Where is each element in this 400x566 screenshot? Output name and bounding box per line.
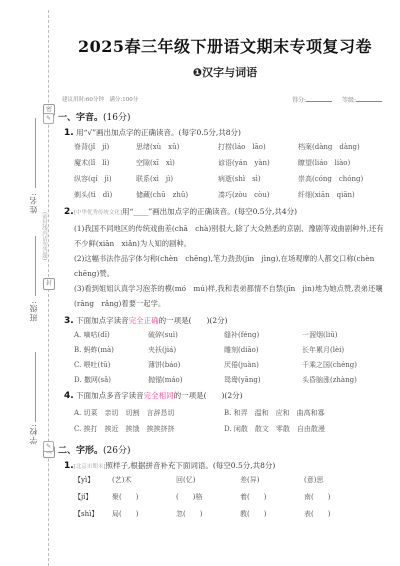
pinyin-item[interactable]: 崇高(cóng chóng) <box>298 174 388 184</box>
option-item: 一溜烟(liū) <box>302 330 392 340</box>
fill-blank[interactable]: 着( ) <box>240 492 304 502</box>
school-line[interactable] <box>35 352 36 422</box>
question-number: 2. <box>64 207 74 217</box>
seal-mark-icon: 封 <box>43 278 55 290</box>
section-icon: ✎ <box>43 113 54 124</box>
fill-blank[interactable]: 教( ) <box>240 509 304 519</box>
fill-item: 回(忆) <box>176 475 240 485</box>
option-b[interactable]: B. 和弄 温和 应和 曲高和寡 <box>224 405 325 421</box>
school-label: 学校: <box>28 423 39 445</box>
section-heading: 一、字音。(16分) <box>58 110 390 123</box>
score-area: 得分: 等级: <box>292 95 382 104</box>
class-label: 班级: <box>28 300 39 322</box>
pinyin-item[interactable]: 病逝(shì sì) <box>218 174 298 184</box>
option-item: 头昏脑涨(zhàng) <box>302 375 392 385</box>
option-d[interactable]: D. 撒网(sǎ) <box>74 375 148 385</box>
pinyin-key: 【jí】 <box>74 492 112 502</box>
exam-meta: 建议用时:60分钟 满分:100分 <box>62 95 138 103</box>
fill-blank[interactable]: 聚( ) <box>112 492 176 502</box>
fill-blank[interactable]: 南( ) <box>304 492 364 502</box>
name-label: 姓名: <box>28 192 39 214</box>
pinyin-item[interactable]: 剃头(tì dì) <box>74 190 136 200</box>
pinyin-item[interactable]: 空隙(xī xì) <box>136 158 218 168</box>
option-item: 缝补(féng) <box>224 330 302 340</box>
option-c[interactable]: C. 喂吐(tū) <box>74 360 148 370</box>
section-points: (16分) <box>103 113 130 123</box>
option-item: 厌倦(juàn) <box>224 360 302 370</box>
section-points: (26分) <box>103 446 130 456</box>
pinyin-item[interactable]: 谚语(yán yàn) <box>218 158 298 168</box>
question-text: 下面加点多音字读音 <box>76 391 144 400</box>
exam-content: 一、字音。(16分) 1. 用“√”画出加点字的正确读音。(每字0.5分,共8分… <box>60 108 390 519</box>
grade-field[interactable] <box>356 101 382 102</box>
section-heading: 二、字形。(26分) <box>58 443 390 456</box>
pinyin-item[interactable]: 联系(xì jì) <box>136 174 218 184</box>
options-grid: A. 嘀咕(dī) 破碎(suì) 缝补(féng) 一溜烟(liū) B. 蚂… <box>74 330 390 385</box>
fill-item: (艺)术 <box>112 475 176 485</box>
option-a[interactable]: A. 嘀咕(dī) <box>74 330 148 340</box>
option-a[interactable]: A. 切菜 亲切 切割 言辞恳切 <box>74 405 224 421</box>
pinyin-item[interactable]: 瞭望(liáo liào) <box>298 158 388 168</box>
question-text: 用“√”画出加点字的正确读音。(每字0.5分,共8分) <box>76 128 241 137</box>
options-list: A. 切菜 亲切 切割 言辞恳切B. 和弄 温和 应和 曲高和寡 C. 挨打 挨… <box>74 405 390 437</box>
pinyin-item[interactable]: 纤细(xiān qiān) <box>298 190 388 200</box>
fill-item: (意)思 <box>304 475 364 485</box>
option-item: 雕刻(diāo) <box>224 345 302 355</box>
question-number: 1. <box>64 128 74 138</box>
passage[interactable]: (1)我国不同地区的传统戏曲差(chā chà)别很大,除了大众熟悉的京剧、豫剧… <box>74 221 390 251</box>
question-text: 用“____”画出加点字的正确读音。(每空0.5分,共4分) <box>122 207 297 216</box>
pinyin-item[interactable]: 思绪(xù xǔ) <box>136 142 218 152</box>
fill-grid: 【yì】 (艺)术 回(忆) 差(异) (意)思 【jí】 聚( ) ( )格 … <box>74 475 390 519</box>
seal-note: (密封线内请勿答题) <box>40 212 48 260</box>
question: 1. 用“√”画出加点字的正确读音。(每字0.5分,共8分) <box>64 127 390 138</box>
pinyin-item[interactable]: 打捞(láo lāo) <box>218 142 298 152</box>
score-label: 得分: <box>292 97 306 104</box>
question: 4. 下面加点多音字读音完全相同的一项是( )(2分) <box>64 390 390 401</box>
highlight-text: 完全相同 <box>144 391 174 400</box>
page-title: 2025春三年级下册语文期末专项复习卷 <box>50 34 400 57</box>
pinyin-item[interactable]: 档案(dàng dàng) <box>298 142 388 152</box>
pinyin-item[interactable]: 脊背(jǐ jí) <box>74 142 136 152</box>
pinyin-key: 【shì】 <box>74 509 112 519</box>
option-item: 千乘之国(chéng) <box>302 360 392 370</box>
option-item: 薄饼(báo) <box>148 360 224 370</box>
option-item: 鸳鸯(yāng) <box>224 375 302 385</box>
question-text[interactable]: 的一项是( )(2分) <box>159 316 228 325</box>
question: 1.[北京市期末]照样子,根据拼音补充下面词语。(每空0.5分,共8分) <box>64 460 390 471</box>
fill-blank[interactable]: 表( ) <box>304 509 364 519</box>
pinyin-item[interactable]: 储藏(chū zhū) <box>136 190 218 200</box>
fill-item: 差(异) <box>240 475 304 485</box>
option-d[interactable]: D. 闲散 散文 零散 自由散漫 <box>224 421 325 437</box>
grade-label: 等级: <box>342 97 356 104</box>
question-text[interactable]: 的一项是( )(2分) <box>174 391 243 400</box>
passage[interactable]: (3)看到姐姐认真学习泡茶的模(mó mú)样,我和表弟都情不自禁(jīn jì… <box>74 281 390 311</box>
option-item: 长年累月(lèi) <box>302 345 392 355</box>
option-item: 抛锚(máo) <box>148 375 224 385</box>
score-field[interactable] <box>306 101 332 102</box>
section-title: 二、字形。 <box>58 446 103 456</box>
pinyin-grid: 脊背(jǐ jí) 思绪(xù xǔ) 打捞(láo lāo) 档案(dàng … <box>74 142 390 200</box>
option-b[interactable]: B. 蚂蚱(mà) <box>74 345 148 355</box>
section-title: 一、字音。 <box>58 113 103 123</box>
pinyin-item[interactable]: 魔术(lǐ lì) <box>74 158 136 168</box>
fill-blank[interactable]: 忽( ) <box>176 509 240 519</box>
option-item: 夹袄(jiá) <box>148 345 224 355</box>
fill-blank[interactable]: 局( ) <box>112 509 176 519</box>
page-subtitle: ❶汉字与词语 <box>50 64 400 80</box>
question-text: 照样子,根据拼音补充下面词语。(每空0.5分,共8分) <box>105 461 275 470</box>
question: 3. 下面加点字读音完全正确的一项是( )(2分) <box>64 315 390 326</box>
option-c[interactable]: C. 挨打 挨近 挨饿 挨挨挤挤 <box>74 421 224 437</box>
passage[interactable]: (2)这幅书法作品字体匀称(chèn chēng),笔力劲劲(jìn jìng)… <box>74 251 390 281</box>
question-text: 下面加点字读音 <box>76 316 129 325</box>
option-item: 破碎(suì) <box>148 330 224 340</box>
question-number: 3. <box>64 316 74 326</box>
fill-blank[interactable]: ( )格 <box>176 492 240 502</box>
question-number: 4. <box>64 391 74 401</box>
pinyin-item[interactable]: 凑巧(zòu còu) <box>218 190 298 200</box>
highlight-text: 完全正确 <box>129 316 159 325</box>
name-line[interactable] <box>35 118 36 188</box>
question-source: [中华优秀传统文化] <box>74 210 122 216</box>
section-icon: ✎ <box>43 441 54 452</box>
question: 2.[中华优秀传统文化]用“____”画出加点字的正确读音。(每空0.5分,共4… <box>64 206 390 217</box>
question-source: [北京市期末] <box>74 464 106 470</box>
pinyin-key: 【yì】 <box>74 475 112 485</box>
class-line[interactable] <box>35 236 36 296</box>
question-number: 1. <box>64 461 74 471</box>
pinyin-item[interactable]: 纵容(qí jì) <box>74 174 136 184</box>
